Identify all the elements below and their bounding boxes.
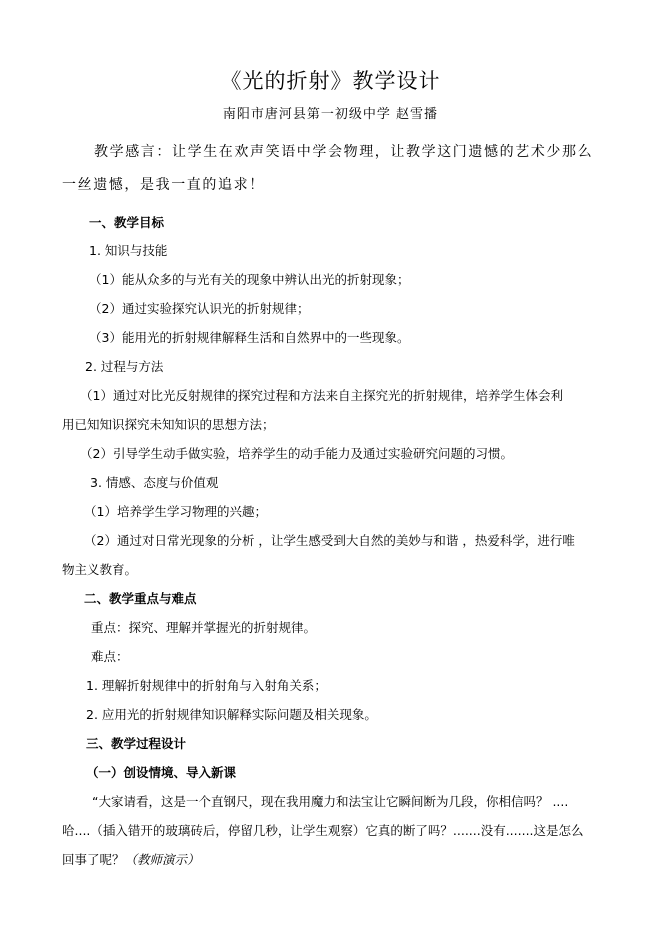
- author-line: 南阳市唐河县第一初级中学 赵雪播: [0, 107, 661, 123]
- list-item: （1）能从众多的与光有关的现象中辨认出光的折射现象；: [89, 272, 409, 288]
- paragraph-line: 哈....（插入错开的玻璃砖后，停留几秒，让学生观察）它真的断了吗？......…: [62, 823, 584, 839]
- key-point: 重点：探究、理解并掌握光的折射规律。: [91, 620, 316, 636]
- list-item: 1. 理解折射规律中的折射角与入射角关系；: [86, 678, 327, 694]
- subheading-knowledge-skills: 1. 知识与技能: [89, 243, 167, 259]
- list-item: 2. 应用光的折射规律知识解释实际问题及相关现象。: [86, 707, 377, 723]
- section-heading-process-design: 三、教学过程设计: [86, 736, 186, 752]
- paragraph-line: （1）培养学生学习物理的兴趣；: [84, 504, 267, 520]
- paragraph-line: （2）引导学生动手做实验，培养学生的动手能力及通过实验研究问题的习惯。: [80, 446, 513, 462]
- paragraph-line: 用已知知识探究未知知识的思想方法；: [62, 417, 275, 433]
- motto-line-1: 教学感言：让学生在欢声笑语中学会物理，让教学这门遗憾的艺术少那么: [94, 144, 593, 160]
- paragraph-line: （1）通过对比光反射规律的探究过程和方法来自主探究光的折射规律，培养学生体会利: [80, 388, 563, 404]
- paragraph-text: 回事了呢？: [62, 852, 125, 867]
- paragraph-line: “大家请看，这是一个直钢尺，现在我用魔力和法宝让它瞬间断为几段，你相信吗？ ..…: [92, 794, 568, 810]
- document-page: 《光的折射》教学设计 南阳市唐河县第一初级中学 赵雪播 教学感言：让学生在欢声笑…: [0, 0, 661, 935]
- paragraph-line: 物主义教育。: [62, 562, 137, 578]
- list-item: （3）能用光的折射规律解释生活和自然界中的一些现象。: [89, 330, 409, 346]
- section-heading-objectives: 一、教学目标: [89, 215, 164, 231]
- section-heading-key-points: 二、教学重点与难点: [84, 591, 197, 607]
- document-title: 《光的折射》教学设计: [0, 68, 661, 94]
- paragraph-line: （2）通过对日常光现象的分析 ，让学生感受到大自然的美妙与和谐 ，热爱科学，进行…: [84, 533, 575, 549]
- subheading-scenario-intro: （一）创设情境、导入新课: [86, 765, 236, 781]
- teacher-demo-note: （教师演示）: [125, 852, 200, 867]
- motto-line-2: 一丝遗憾，是我一直的追求！: [62, 177, 265, 193]
- subheading-attitudes-values: 3. 情感、态度与价值观: [90, 475, 218, 491]
- list-item: （2）通过实验探究认识光的折射规律；: [89, 301, 309, 317]
- subheading-process-methods: 2. 过程与方法: [85, 359, 163, 375]
- difficulty-label: 难点：: [91, 649, 129, 665]
- paragraph-line: 回事了呢？（教师演示）: [62, 852, 200, 868]
